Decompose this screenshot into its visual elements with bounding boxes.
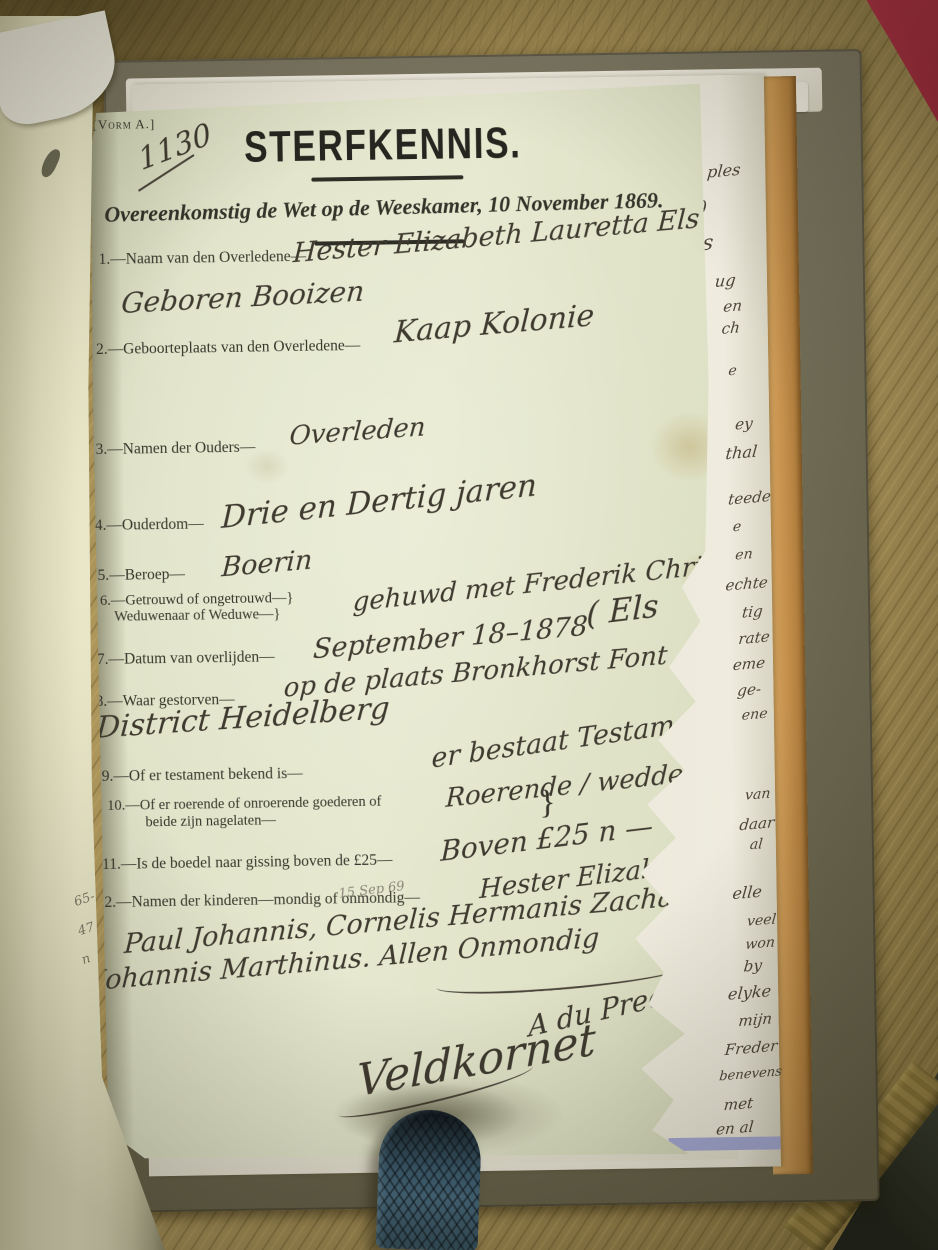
fragment: echte [725,573,769,595]
fragment: by [743,956,763,976]
fragment: e [732,519,742,536]
fragment: van [744,786,771,804]
field-4-label: 4.—Ouderdom— [95,515,204,535]
fragment: tig [741,602,763,622]
field-7-label: 7.—Datum van overlijden— [97,648,275,669]
fragment: ge- [737,680,762,700]
field-2-value: Kaap Kolonie [393,298,595,350]
field-11-label: 11.—Is de boedel naar gissing boven de £… [102,851,393,874]
field-5-label: 5.—Beroep— [97,566,185,585]
fragment: eme [732,653,766,674]
fragment: ey [734,414,753,433]
field-3-label: 3.—Namen der Ouders— [95,439,255,460]
fragment: elyke [727,981,772,1004]
field-6-label-2: Weduwenaar of Weduwe—} [114,606,280,626]
fragment: ch [721,318,741,338]
title-rule [311,175,463,181]
field-2-label: 2.—Geboorteplaats van den Overledene— [96,337,361,359]
field-5-value: Boerin [221,544,313,583]
fragment: mijn [738,1009,773,1030]
fragment: ene [741,706,768,724]
fragment: elle [732,882,763,903]
blue-rubber-thimble [376,1108,483,1250]
photo-of-death-notice: B 1 ples ) Els ug en ch e ey thal teede … [0,0,938,1250]
fragment: teede [727,487,771,509]
form-title: STERFKENNIS. [198,118,567,174]
fragment: Freder [724,1037,778,1059]
fragment: ples [706,160,741,182]
fragment: en [735,546,754,563]
sterfkennis-form-page: [Vorm A.] 1130 STERFKENNIS. Overeenkomst… [88,81,725,1163]
field-10-label: 10.—Of er roerende of onroerende goedere… [107,794,381,815]
fragment: met [723,1094,754,1114]
fragment: en [723,296,743,316]
field-1-value-2: Geboren Booizen [120,274,366,319]
fragment: won [745,934,776,953]
field-3-value: Overleden [288,412,426,451]
book: B 1 ples ) Els ug en ch e ey thal teede … [0,0,938,1250]
fragment: daar [739,813,776,834]
fragment: en al [715,1118,754,1139]
fragment: al [749,836,763,853]
field-1-label: 1.—Naam van den Overledene— [98,248,306,269]
field-6-value-2: ( Els [586,586,659,633]
fragment: ug [714,270,736,291]
form-variant-label: [Vorm A.] [92,116,155,133]
field-9-label: 9.—Of er testament bekend is— [102,765,303,786]
field-10-label-2: beide zijn nagelaten— [145,812,276,831]
fragment: benevens [719,1064,783,1084]
fragment: thal [725,442,758,464]
fragment: rate [738,627,771,648]
fragment: e [728,363,738,380]
fragment: veel [746,911,777,929]
